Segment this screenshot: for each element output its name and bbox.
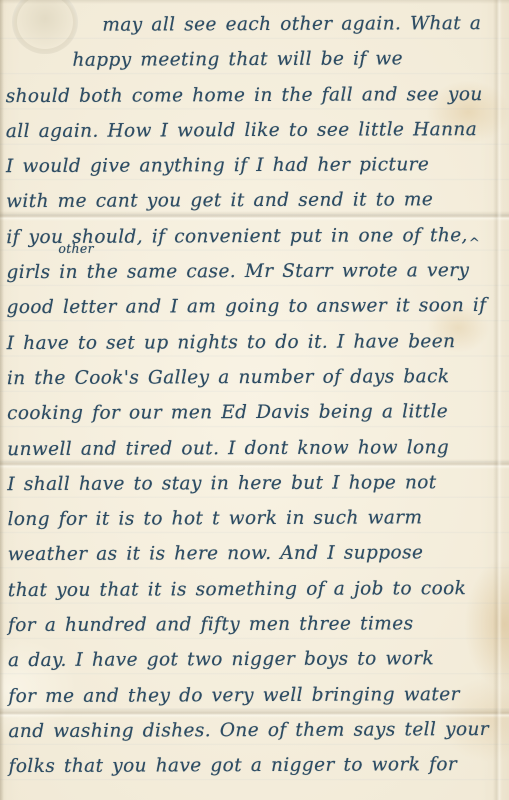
- scan-edge-left: [0, 0, 4, 800]
- letter-line: unwell and tired out. I dont know how lo…: [7, 429, 507, 466]
- interlinear-insertion: other: [58, 242, 94, 254]
- letter-line: a day. I have got two nigger boys to wor…: [8, 641, 508, 678]
- letter-line: for me and they do very well bringing wa…: [8, 677, 508, 714]
- letter-line: happy meeting that will be if we: [72, 41, 505, 78]
- letter-line: folks that you have got a nigger to work…: [9, 747, 509, 784]
- letter-line: good letter and I am going to answer it …: [7, 288, 507, 325]
- letter-line-with-insertion: if you should, if convenient put in one …: [6, 218, 506, 255]
- letter-line: in the Cook's Galley a number of days ba…: [7, 359, 507, 396]
- letter-line: may all see each other again. What a: [102, 6, 505, 43]
- letter-line: I have to set up nights to do it. I have…: [7, 324, 507, 361]
- letter-line: and washing dishes. One of them says tel…: [8, 712, 508, 749]
- letter-line: weather as it is here now. And I suppose: [8, 535, 508, 572]
- letter-line: I shall have to stay in here but I hope …: [7, 465, 507, 502]
- letter-line: for a hundred and fifty men three times: [8, 606, 508, 643]
- letter-line: with me cant you get it and send it to m…: [6, 182, 506, 219]
- scan-edge-top: [0, 0, 509, 4]
- letter-line: long for it is to hot t work in such war…: [7, 500, 507, 537]
- letter-line: should both come home in the fall and se…: [6, 77, 506, 114]
- letter-line: girls in the same case. Mr Starr wrote a…: [6, 253, 506, 290]
- letter-line: I would give anything if I had her pictu…: [6, 147, 506, 184]
- insertion-caret: ^: [469, 236, 480, 251]
- letter-line: cooking for our men Ed Davis being a lit…: [7, 394, 507, 431]
- letter-line: that you that it is something of a job t…: [8, 571, 508, 608]
- letter-line: all again. How I would like to see littl…: [6, 112, 506, 149]
- handwritten-letter-text: may all see each other again. What a hap…: [5, 6, 508, 785]
